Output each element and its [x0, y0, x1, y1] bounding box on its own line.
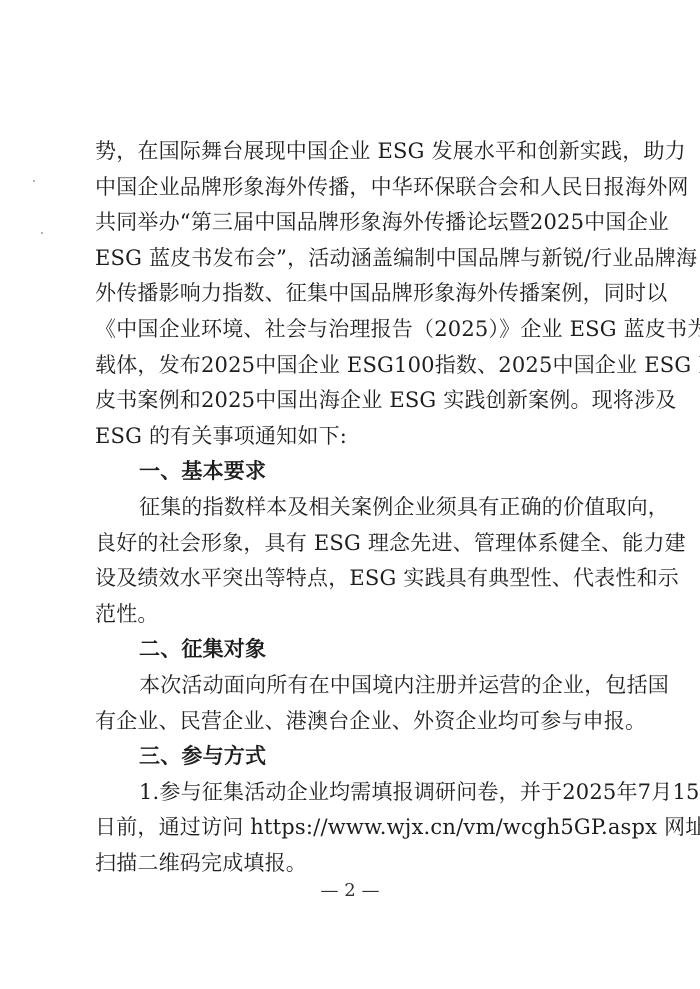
- body-line: 中国企业品牌形象海外传播，中华环保联合会和人民日报海外网: [95, 170, 623, 206]
- body-line: 征集的指数样本及相关案例企业须具有正确的价值取向，: [95, 490, 623, 526]
- section-heading-participation-method: 三、参与方式: [95, 739, 623, 775]
- scan-speck: [41, 232, 43, 234]
- body-line: 共同举办“第三届中国品牌形象海外传播论坛暨2025中国企业: [95, 205, 623, 241]
- section-heading-collection-targets: 二、征集对象: [95, 632, 623, 668]
- scan-speck: [657, 189, 659, 191]
- document-page: 势，在国际舞台展现中国企业 ESG 发展水平和创新实践，助力 中国企业品牌形象海…: [95, 134, 623, 881]
- body-line: 本次活动面向所有在中国境内注册并运营的企业，包括国: [95, 668, 623, 704]
- body-line: 皮书案例和2025中国出海企业 ESG 实践创新案例。现将涉及: [95, 383, 623, 419]
- body-line: 载体，发布2025中国企业 ESG100指数、2025中国企业 ESG 蓝: [95, 348, 623, 384]
- body-line: 范性。: [95, 597, 623, 633]
- body-line: ESG 的有关事项通知如下:: [95, 419, 623, 455]
- body-line-with-url: 日前，通过访问 https://www.wjx.cn/vm/wcgh5GP.as…: [95, 810, 623, 846]
- section-heading-basic-requirements: 一、基本要求: [95, 454, 623, 490]
- body-line: 良好的社会形象，具有 ESG 理念先进、管理体系健全、能力建: [95, 526, 623, 562]
- body-line: 设及绩效水平突出等特点，ESG 实践具有典型性、代表性和示: [95, 561, 623, 597]
- scan-speck: [33, 180, 35, 182]
- body-line: 势，在国际舞台展现中国企业 ESG 发展水平和创新实践，助力: [95, 134, 623, 170]
- body-line: 有企业、民营企业、港澳台企业、外资企业均可参与申报。: [95, 704, 623, 740]
- page-number: — 2 —: [0, 880, 700, 901]
- scan-speck: [645, 221, 647, 223]
- body-line: 外传播影响力指数、征集中国品牌形象海外传播案例，同时以: [95, 276, 623, 312]
- body-line: 扫描二维码完成填报。: [95, 846, 623, 882]
- body-line: 1.参与征集活动企业均需填报调研问卷，并于2025年7月15: [95, 775, 623, 811]
- body-line: 《中国企业环境、社会与治理报告（2025）》企业 ESG 蓝皮书为: [95, 312, 623, 348]
- body-line: ESG 蓝皮书发布会”，活动涵盖编制中国品牌与新锐/行业品牌海: [95, 241, 623, 277]
